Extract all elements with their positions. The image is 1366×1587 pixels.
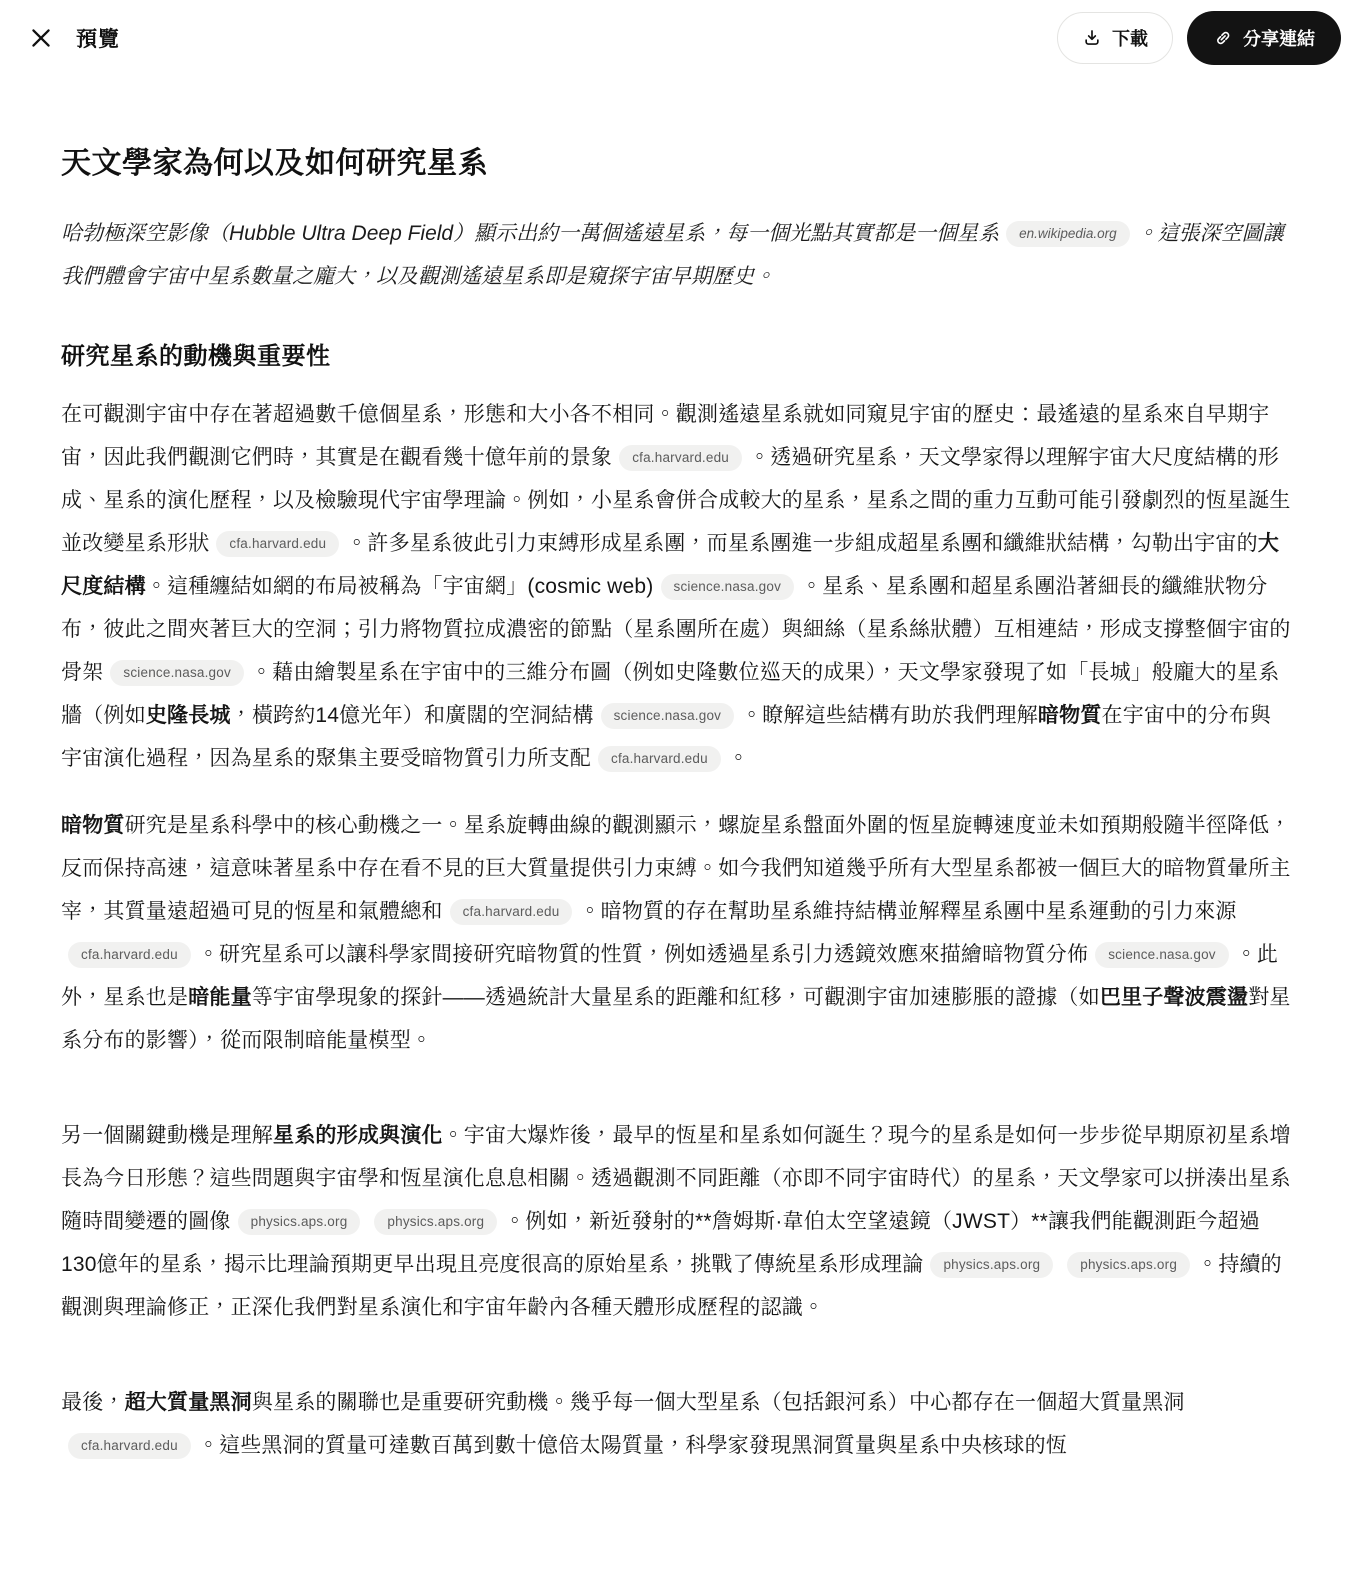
text-run: 。研究星系可以讓科學家間接研究暗物質的性質，例如透過星系引力透鏡效應來描繪暗物質… xyxy=(198,943,1088,966)
text-run: 。這種纏結如網的布局被稱為「宇宙網」(cosmic web) xyxy=(146,575,654,598)
paragraph: 暗物質研究是星系科學中的核心動機之一。星系旋轉曲線的觀測顯示，螺旋星系盤面外圍的… xyxy=(61,804,1291,1062)
text-run: 哈勃極深空影像（Hubble Ultra Deep Field）顯示出約一萬個遙… xyxy=(61,222,999,245)
download-icon xyxy=(1082,28,1102,48)
bold-text: 巴里子聲波震盪 xyxy=(1100,986,1248,1009)
citation-pill[interactable]: physics.aps.org xyxy=(238,1209,361,1235)
share-link-button[interactable]: 分享連結 xyxy=(1187,11,1341,65)
text-run: 。瞭解這些結構有助於我們理解 xyxy=(741,704,1038,727)
citation-pill[interactable]: physics.aps.org xyxy=(1067,1252,1190,1278)
citation-pill[interactable]: science.nasa.gov xyxy=(110,660,244,686)
text-run: 等宇宙學現象的探針——透過統計大量星系的距離和紅移，可觀測宇宙加速膨脹的證據（如 xyxy=(252,986,1100,1009)
bold-text: 暗物質 xyxy=(61,814,125,837)
citation-pill[interactable]: science.nasa.gov xyxy=(661,574,795,600)
article-intro: 哈勃極深空影像（Hubble Ultra Deep Field）顯示出約一萬個遙… xyxy=(61,212,1291,298)
citation-pill[interactable]: cfa.harvard.edu xyxy=(68,1433,191,1459)
text-run: ，橫跨約14億光年）和廣闊的空洞結構 xyxy=(231,704,594,727)
bold-text: 暗能量 xyxy=(188,986,252,1009)
paragraph: 另一個關鍵動機是理解星系的形成與演化。宇宙大爆炸後，最早的恆星和星系如何誕生？現… xyxy=(61,1114,1291,1329)
bold-text: 暗物質 xyxy=(1038,704,1102,727)
link-icon xyxy=(1213,28,1233,48)
bold-text: 超大質量黑洞 xyxy=(125,1391,252,1414)
citation-pill[interactable]: cfa.harvard.edu xyxy=(598,746,721,772)
close-button[interactable] xyxy=(24,21,58,55)
article-title: 天文學家為何以及如何研究星系 xyxy=(61,138,1291,182)
citation-pill[interactable]: science.nasa.gov xyxy=(601,703,735,729)
download-button-label: 下載 xyxy=(1112,25,1148,51)
citation-pill[interactable]: cfa.harvard.edu xyxy=(68,942,191,968)
text-run: 。許多星系彼此引力束縛形成星系團，而星系團進一步組成超星系團和纖維狀結構，勾勒出… xyxy=(346,532,1258,555)
paragraph: 在可觀測宇宙中存在著超過數千億個星系，形態和大小各不相同。觀測遙遠星系就如同窺見… xyxy=(61,393,1291,780)
text-run: 。暗物質的存在幫助星系維持結構並解釋星系團中星系運動的引力來源 xyxy=(579,900,1236,923)
text-run: 最後， xyxy=(61,1391,125,1414)
bold-text: 星系的形成與演化 xyxy=(273,1124,443,1147)
citation-pill[interactable]: science.nasa.gov xyxy=(1095,942,1229,968)
citation-pill[interactable]: en.wikipedia.org xyxy=(1006,221,1130,247)
text-run: 與星系的關聯也是重要研究動機。幾乎每一個大型星系（包括銀河系）中心都存在一個超大… xyxy=(252,1391,1185,1414)
document-preview: 天文學家為何以及如何研究星系 哈勃極深空影像（Hubble Ultra Deep… xyxy=(61,76,1291,1467)
paragraph: 最後，超大質量黑洞與星系的關聯也是重要研究動機。幾乎每一個大型星系（包括銀河系）… xyxy=(61,1381,1291,1467)
text-run: 。 xyxy=(728,747,749,770)
citation-pill[interactable]: cfa.harvard.edu xyxy=(450,899,573,925)
share-link-button-label: 分享連結 xyxy=(1243,25,1315,51)
preview-header: 預覽 下載 分享連結 xyxy=(0,0,1366,76)
text-run: 另一個關鍵動機是理解 xyxy=(61,1124,273,1147)
page-title: 預覽 xyxy=(76,23,120,53)
citation-pill[interactable]: physics.aps.org xyxy=(374,1209,497,1235)
section-heading: 研究星系的動機與重要性 xyxy=(61,336,1291,371)
download-button[interactable]: 下載 xyxy=(1057,12,1173,64)
article-body: 在可觀測宇宙中存在著超過數千億個星系，形態和大小各不相同。觀測遙遠星系就如同窺見… xyxy=(61,393,1291,1467)
bold-text: 史隆長城 xyxy=(146,704,231,727)
citation-pill[interactable]: cfa.harvard.edu xyxy=(216,531,339,557)
text-run: 。這些黑洞的質量可達數百萬到數十億倍太陽質量，科學家發現黑洞質量與星系中央核球的… xyxy=(198,1434,1067,1457)
citation-pill[interactable]: physics.aps.org xyxy=(930,1252,1053,1278)
close-icon xyxy=(28,25,54,51)
citation-pill[interactable]: cfa.harvard.edu xyxy=(619,445,742,471)
